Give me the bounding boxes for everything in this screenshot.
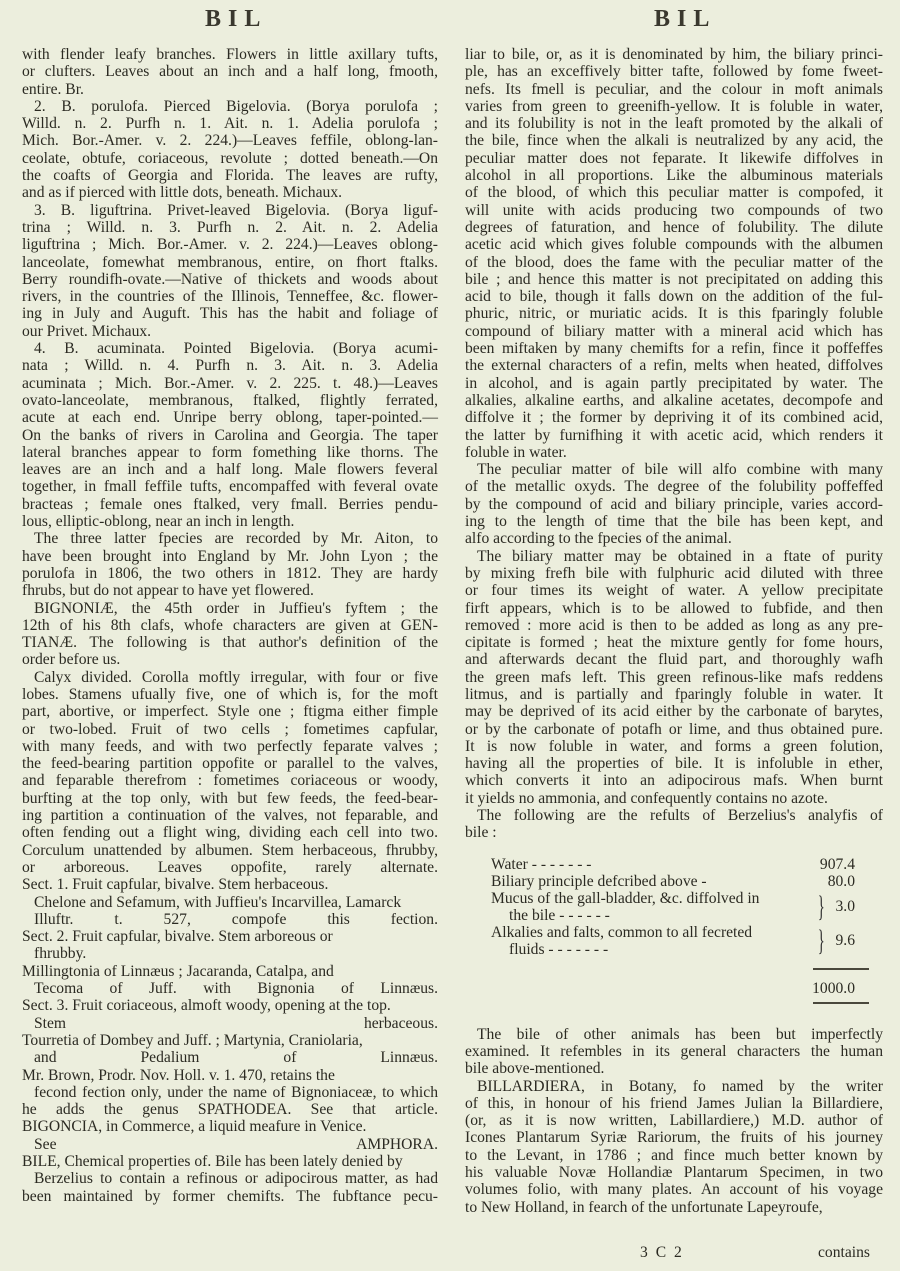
text-line: Millingtonia of Linnæus ; Jacaranda, Cat… (22, 963, 438, 980)
text-line: will unite with acids producing two comp… (465, 202, 883, 219)
text-line: ceolate, obtufe, coriaceous, revolute ; … (22, 150, 438, 167)
text-line: Stem herbaceous. (22, 1015, 438, 1032)
text-line: The biliary matter may be obtained in a … (465, 548, 883, 565)
text-line: peculiar matter does not feparate. It li… (465, 150, 883, 167)
text-line: been maintained by former chemifts. The … (22, 1188, 438, 1205)
text-line: Calyx divided. Corolla moftly irregular,… (22, 669, 438, 686)
text-line: (or, as it is now written, Labillardiere… (465, 1112, 883, 1129)
text-line: examined. It refembles in its general ch… (465, 1043, 883, 1060)
text-line: acid to bile, though it falls down on th… (465, 288, 883, 305)
text-line: the latter by furnifhing it with acetic … (465, 427, 883, 444)
text-line: acetic acid which gives foluble compound… (465, 236, 883, 253)
text-line: 12th of his 8th clafs, whofe characters … (22, 617, 438, 634)
text-line: compound of biliary matter with a minera… (465, 323, 883, 340)
text-line: lateral branches appear to form fomethin… (22, 444, 438, 461)
text-line: acuminata ; Mich. Bor.-Amer. v. 2. 225. … (22, 375, 438, 392)
catchword: contains (818, 1244, 870, 1262)
text-line: degrees of faturation, and hence of folu… (465, 219, 883, 236)
text-line: cipitate is formed ; heat the mixture ge… (465, 634, 883, 651)
table-row: Mucus of the gall-bladder, &c. diffolved… (491, 890, 881, 924)
text-line: foluble in water. (465, 444, 883, 461)
sum-rule (813, 968, 869, 970)
text-line: ovato-lanceolate, membranous, ftalked, f… (22, 392, 438, 409)
text-line: bile ; and hence this matter is not prec… (465, 271, 883, 288)
text-line: Sect. 3. Fruit coriaceous, almoft woody,… (22, 997, 438, 1014)
text-line: having all the properties of bile. It is… (465, 755, 883, 772)
text-line: BIGONCIA, in Commerce, a liquid meafure … (22, 1118, 438, 1135)
text-line: ing partition a continuation of the valv… (22, 807, 438, 824)
text-line: acute at each end. Unripe berry oblong, … (22, 409, 438, 426)
text-line: it yields no ammonia, and confequently c… (465, 790, 883, 807)
text-line: lobes. Stamens ufually five, one of whic… (22, 686, 438, 703)
text-line: of the blood, of which this peculiar mat… (465, 184, 883, 201)
text-line: and as if pierced with little dots, bene… (22, 184, 438, 201)
text-line: BILE, Chemical properties of. Bile has b… (22, 1153, 438, 1170)
text-line: our Privet. Michaux. (22, 323, 438, 340)
text-line: BIGNONIÆ, the 45th order in Juffieu's fy… (22, 600, 438, 617)
text-line: with flender leafy branches. Flowers in … (22, 46, 438, 63)
sum-rule (813, 1002, 869, 1004)
text-line: alfo according to the fpecies of the ani… (465, 530, 883, 547)
text-line: lous, elliptic-oblong, near an inch in l… (22, 513, 438, 530)
text-line: the coafts of Georgia and Florida. The l… (22, 167, 438, 184)
text-line: porulofa in 1806, the two others in 1812… (22, 565, 438, 582)
table-total: 1000.0 (812, 980, 855, 997)
running-head-right: BIL (654, 6, 716, 33)
text-line: which converts it into an adipocirous ma… (465, 772, 883, 789)
text-line: order before us. (22, 651, 438, 668)
text-line: TIANÆ. The following is that author's de… (22, 634, 438, 651)
text-line: or clufters. Leaves about an inch and a … (22, 63, 438, 80)
text-line: leaves are an inch and a half long. Male… (22, 461, 438, 478)
text-line: Berzelius to contain a refinous or adipo… (22, 1170, 438, 1187)
text-line: rivers, in the countries of the Illinois… (22, 288, 438, 305)
text-line: to New Holland, in fearch of the unfortu… (465, 1199, 883, 1216)
text-line: by mixing frefh bile with fulphuric acid… (465, 565, 883, 582)
text-line: 4. B. acuminata. Pointed Bigelovia. (Bor… (22, 340, 438, 357)
text-line: liguftrina ; Mich. Bor.-Amer. v. 2. 224.… (22, 236, 438, 253)
text-line: 2. B. porulofa. Pierced Bigelovia. (Bory… (22, 98, 438, 115)
text-line: Corculum unattended by albumen. Stem her… (22, 842, 438, 859)
text-line: to the Levant, in 1786 ; and fince much … (465, 1147, 883, 1164)
text-line: have been brought into England by Mr. Jo… (22, 548, 438, 565)
table-row: Water - - - - - - - 907.4 (491, 856, 881, 873)
text-line: ing to the length of time that the bile … (465, 513, 883, 530)
text-line: may be deprived of its acid either by th… (465, 703, 883, 720)
text-line: or four times its weight of water. A yel… (465, 582, 883, 599)
text-line: the external characters of a refin, melt… (465, 357, 883, 374)
text-line: and its folubility is not in the leaft p… (465, 115, 883, 132)
text-line: or arboreous. Leaves oppofite, rarely al… (22, 859, 438, 876)
text-line: often fending out a flight wing, dividin… (22, 824, 438, 841)
text-line: Icones Plantarum Syriæ Rariorum, the fru… (465, 1129, 883, 1146)
text-line: Sect. 1. Fruit capfular, bivalve. Stem h… (22, 876, 438, 893)
text-line: varies from green to greenifh-yellow. It… (465, 98, 883, 115)
text-line: Sect. 2. Fruit capfular, bivalve. Stem a… (22, 928, 438, 945)
text-line: The three latter fpecies are recorded by… (22, 530, 438, 547)
text-line: trina ; Willd. n. 3. Purfh n. 2. Ait. n.… (22, 219, 438, 236)
right-column: liar to bile, or, as it is denominated b… (465, 46, 883, 1216)
text-line: by the compound of acid and biliary prin… (465, 496, 883, 513)
text-line: alkalies, alkaline earths, and alkaline … (465, 392, 883, 409)
text-line: and feparable therefrom : fometimes cori… (22, 772, 438, 789)
text-line: On the banks of rivers in Carolina and G… (22, 427, 438, 444)
text-line: and afterwards decant the fluid part, an… (465, 651, 883, 668)
text-line: the green mafs left. This green refinous… (465, 669, 883, 686)
text-line: Willd. n. 2. Purfh n. 1. Ait. n. 1. Adel… (22, 115, 438, 132)
text-line: together, in fmall feffile tufts, encomp… (22, 478, 438, 495)
text-line: burfting at the top only, with but few f… (22, 790, 438, 807)
left-column: with flender leafy branches. Flowers in … (22, 46, 438, 1205)
right-column-text-after-table: The bile of other animals has been but i… (465, 1026, 883, 1216)
text-line: fhrubby. (22, 945, 438, 962)
text-line: in alcohol, and is again partly precipit… (465, 375, 883, 392)
text-line: firft appears, which is to be allowed to… (465, 600, 883, 617)
text-line: part, abortive, or imperfect. Style one … (22, 703, 438, 720)
text-line: or by the carbonate of potafh or lime, a… (465, 721, 883, 738)
text-line: Mich. Bor.-Amer. v. 2. 224.)—Leaves feff… (22, 132, 438, 149)
text-line: the feed-bearing partition oppofite or p… (22, 755, 438, 772)
text-line: or two-lobed. Fruit of two cells ; fomet… (22, 721, 438, 738)
text-line: Tourretia of Dombey and Juff. ; Martynia… (22, 1032, 438, 1049)
text-line: liar to bile, or, as it is denominated b… (465, 46, 883, 63)
text-line: fhrubs, but do not appear to have yet fl… (22, 582, 438, 599)
table-row: Biliary principle defcribed above - 80.0 (491, 873, 881, 890)
text-line: nefs. Its fmell is peculiar, and the col… (465, 81, 883, 98)
text-line: litmus, and is partially and fparingly f… (465, 686, 883, 703)
text-line: the bile, fince when the alkali is neutr… (465, 132, 883, 149)
text-line: volumes folio, with many plates. An acco… (465, 1181, 883, 1198)
text-line: The bile of other animals has been but i… (465, 1026, 883, 1043)
text-line: removed : more acid is then to be added … (465, 617, 883, 634)
text-line: of the metallic oxyds. The degree of the… (465, 478, 883, 495)
text-line: Tecoma of Juff. with Bignonia of Linnæus… (22, 980, 438, 997)
text-line: he adds the genus SPATHODEA. See that ar… (22, 1101, 438, 1118)
text-line: with many feeds, and with two perfectly … (22, 738, 438, 755)
text-line: ing in July and Auguft. This has the hab… (22, 305, 438, 322)
text-line: bile : (465, 824, 883, 841)
text-line: nata ; Willd. n. 4. Purfh n. 3. Ait. n. … (22, 357, 438, 374)
text-line: ple, has an exceffively bitter tafte, fo… (465, 63, 883, 80)
table-row: Alkalies and falts, common to all fecret… (491, 924, 881, 958)
text-line: diffolve it ; the former by depriving it… (465, 409, 883, 426)
text-line: BILLARDIERA, in Botany, fo named by the … (465, 1078, 883, 1095)
text-line: of the blood, does the fame with the pec… (465, 254, 883, 271)
text-line: bracteas ; female ones ftalked, very fma… (22, 496, 438, 513)
berzelius-analysis-table: Water - - - - - - - 907.4 Biliary princi… (491, 856, 881, 988)
text-line: lanceolate, fomewhat membranous, entire,… (22, 254, 438, 271)
text-line: been miftaken by many chemifts for a ref… (465, 340, 883, 357)
text-line: his valuable Novæ Hollandiæ Plantarum Sp… (465, 1164, 883, 1181)
text-line: of this, in honour of his friend James J… (465, 1095, 883, 1112)
text-line: fecond fection only, under the name of B… (22, 1084, 438, 1101)
text-line: It is now foluble in water, and forms a … (465, 738, 883, 755)
text-line: The following are the refults of Berzeli… (465, 807, 883, 824)
right-column-text-before-table: liar to bile, or, as it is denominated b… (465, 46, 883, 842)
text-line: The peculiar matter of bile will alfo co… (465, 461, 883, 478)
text-line: phuric, nitric, or muriatic acids. It is… (465, 305, 883, 322)
text-line: Illuftr. t. 527, compofe this fection. (22, 911, 438, 928)
text-line: alcohol in all proportions. Like the alb… (465, 167, 883, 184)
text-line: Mr. Brown, Prodr. Nov. Holl. v. 1. 470, … (22, 1067, 438, 1084)
text-line: See AMPHORA. (22, 1136, 438, 1153)
signature-mark: 3 C 2 (640, 1244, 684, 1262)
text-line: and Pedalium of Linnæus. (22, 1049, 438, 1066)
text-line: 3. B. liguftrina. Privet-leaved Bigelovi… (22, 202, 438, 219)
running-head-left: BIL (205, 6, 267, 33)
text-line: Berry roundifh-ovate.—Native of thickets… (22, 271, 438, 288)
text-line: entire. Br. (22, 81, 438, 98)
text-line: bile above-mentioned. (465, 1060, 883, 1077)
text-line: Chelone and Sefamum, with Juffieu's Inca… (22, 894, 438, 911)
